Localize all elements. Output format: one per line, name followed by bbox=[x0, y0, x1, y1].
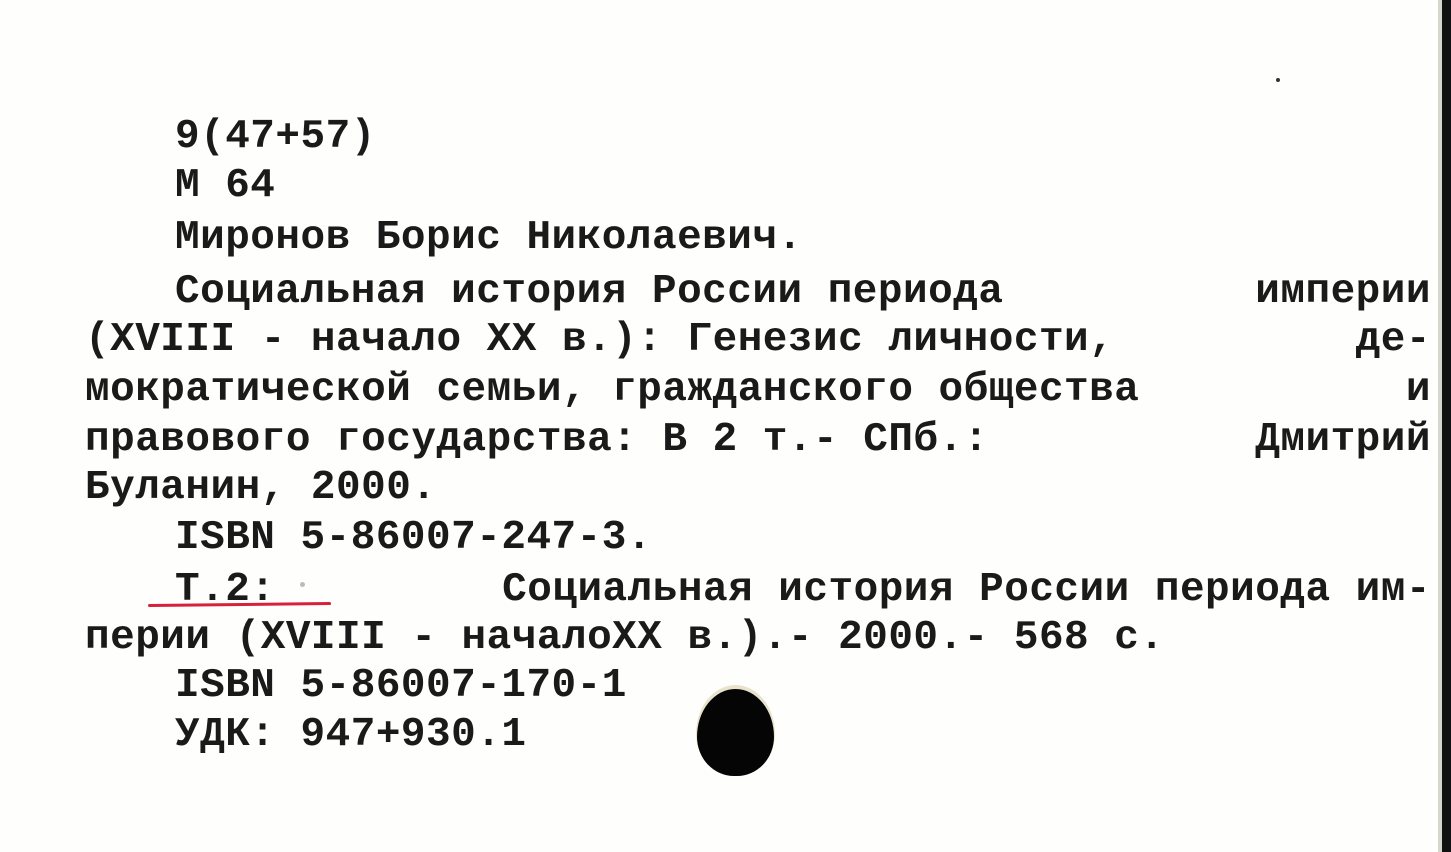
volume-label: Т.2: bbox=[175, 566, 275, 614]
publisher-line: Буланин, 2000. bbox=[85, 464, 436, 512]
title-line-1-text: Социальная история России периода bbox=[175, 268, 1003, 316]
title-line-2-text: (XVIII - начало XX в.): Генезис личности… bbox=[85, 316, 1114, 364]
title-line-3-text: мократической семьи, гражданского общест… bbox=[85, 366, 1139, 414]
title-line-4-text: правового государства: В 2 т.- СПб.: bbox=[85, 416, 989, 464]
title-line-3: мократической семьи, гражданского общест… bbox=[85, 366, 1431, 414]
speck bbox=[1276, 78, 1280, 82]
title-line-2-end: де- bbox=[1356, 316, 1431, 364]
title-line-4: правового государства: В 2 т.- СПб.: Дми… bbox=[85, 416, 1431, 464]
title-line-3-end: и bbox=[1406, 366, 1431, 414]
title-line-4-end: Дмитрий bbox=[1255, 416, 1431, 464]
volume-title-line-2: перии (XVIII - началоXX в.).- 2000.- 568… bbox=[85, 614, 1164, 662]
card-edge bbox=[1442, 0, 1451, 852]
title-line-2: (XVIII - начало XX в.): Генезис личности… bbox=[85, 316, 1431, 364]
author-mark: М 64 bbox=[175, 162, 275, 210]
isbn-set: ISBN 5-86007-247-3. bbox=[175, 514, 652, 562]
punch-hole bbox=[697, 689, 774, 776]
speck bbox=[300, 582, 305, 587]
title-line-1: Социальная история России периода импери… bbox=[175, 268, 1431, 316]
isbn-volume: ISBN 5-86007-170-1 bbox=[175, 662, 627, 710]
title-line-1-end: империи bbox=[1255, 268, 1431, 316]
author-name: Миронов Борис Николаевич. bbox=[175, 214, 803, 262]
volume-title-line-1: Социальная история России периода им- bbox=[325, 566, 1431, 614]
udc-code: УДК: 947+930.1 bbox=[175, 711, 526, 759]
classification-code: 9(47+57) bbox=[175, 113, 376, 161]
catalog-card: 9(47+57) М 64 Миронов Борис Николаевич. … bbox=[0, 0, 1451, 852]
